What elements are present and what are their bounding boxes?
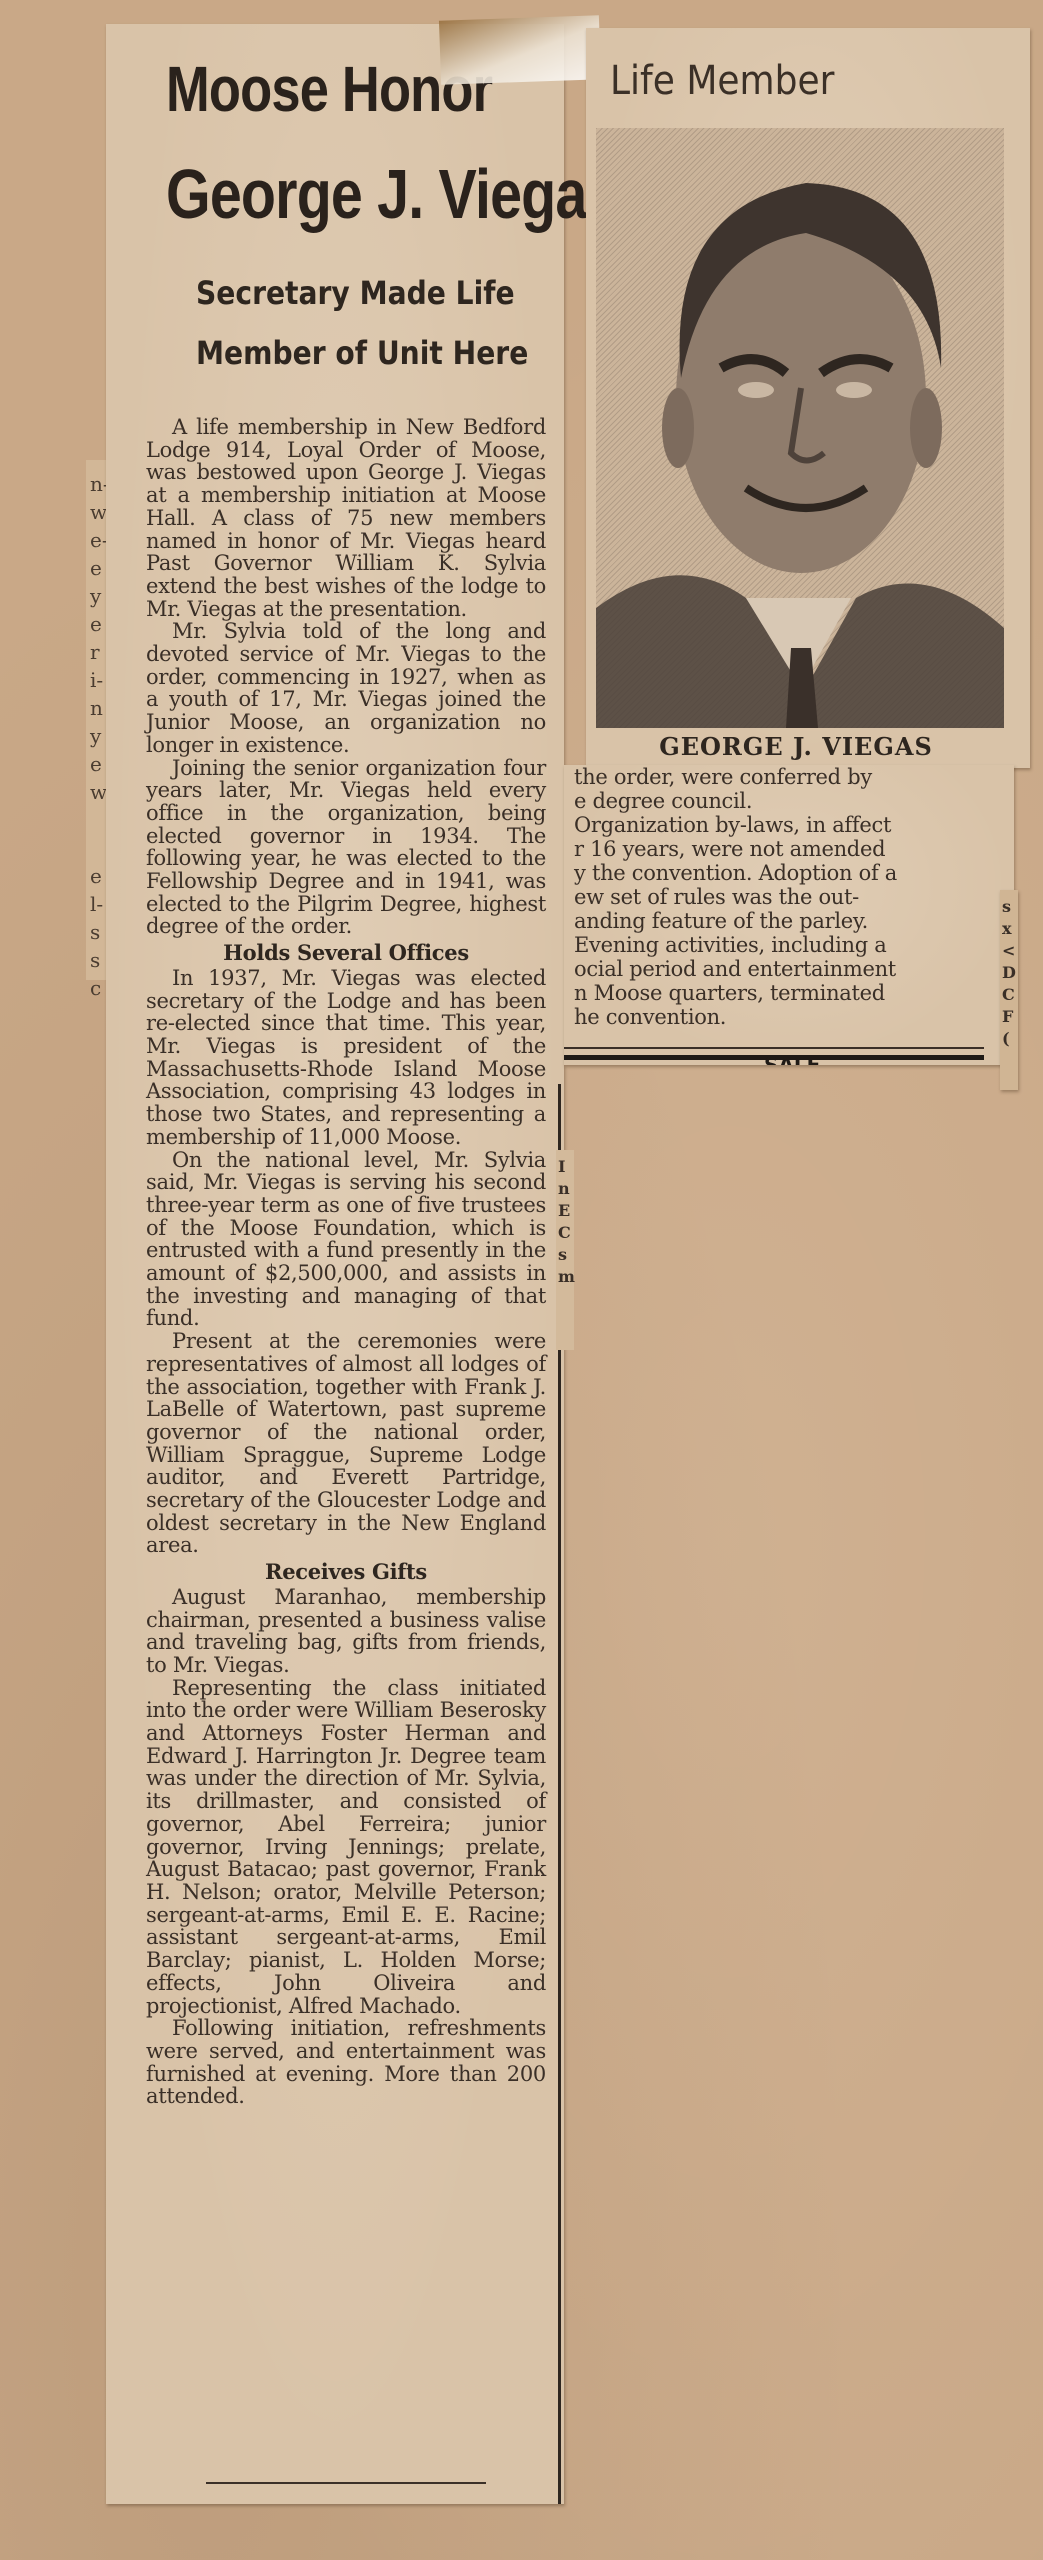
rule-thin [564, 1047, 984, 1049]
photo-caption-name: GEORGE J. VIEGAS [586, 732, 1006, 761]
continuation-line: y the convention. Adoption of a [574, 861, 994, 885]
article-body: A life membership in New Bedford Lodge 9… [146, 416, 546, 2108]
continuation-line: ew set of rules was the out- [574, 885, 994, 909]
continuation-line: n Moose quarters, terminated [574, 981, 994, 1005]
subhead-line-1: Secretary Made Life [196, 274, 515, 312]
tape-strip [439, 15, 601, 85]
fragment-letter: F [1002, 1006, 1016, 1028]
section-heading-receives-gifts: Receives Gifts [146, 1561, 546, 1584]
paragraph: Joining the senior organization four yea… [146, 757, 546, 939]
fragment-letter: s [1002, 896, 1016, 918]
continuation-line: he convention. [574, 1005, 994, 1029]
continuation-line: r 16 years, were not amended [574, 837, 994, 861]
fragment-letter: m [558, 1266, 575, 1288]
continuation-line: ocial period and entertainment [574, 957, 994, 981]
right-fragment-strip: s x < D C F ( [1000, 890, 1018, 1090]
paragraph: In 1937, Mr. Viegas was elected secretar… [146, 967, 546, 1149]
fragment-letter: C [558, 1222, 575, 1244]
fragment-letter: x [1002, 918, 1016, 940]
photo-clipping: Life Member GEORGE J. VIEGAS [586, 28, 1030, 768]
fragment-letter: E [558, 1200, 575, 1222]
continuation-line: Evening activities, including a [574, 933, 994, 957]
mid-fragment-strip: I n E C s m [556, 1150, 574, 1350]
fragment-letter: I [558, 1156, 575, 1178]
headline-line-2: George J. Viegas [166, 154, 618, 234]
continuation-text: the order, were conferred by e degree co… [574, 765, 994, 1029]
paragraph: August Maranhao, membership chairman, pr… [146, 1586, 546, 1677]
subhead-line-2: Member of Unit Here [196, 334, 528, 372]
paragraph: A life membership in New Bedford Lodge 9… [146, 416, 546, 620]
fragment-heading: SALE [764, 1053, 820, 1065]
portrait-illustration-icon [596, 128, 1004, 728]
paragraph: On the national level, Mr. Sylvia said, … [146, 1149, 546, 1331]
fragment-letter: D [1002, 962, 1016, 984]
fragment-letter: s [558, 1244, 575, 1266]
fragment-letter: n [558, 1178, 575, 1200]
paragraph: Representing the class initiated into th… [146, 1677, 546, 2018]
photo-caption-top: Life Member [610, 58, 834, 104]
continuation-line: Organization by-laws, in affect [574, 813, 994, 837]
continuation-line: anding feature of the parley. [574, 909, 994, 933]
mid-fragment-letters: I n E C s m [558, 1156, 575, 1288]
continuation-line: the order, were conferred by [574, 765, 994, 789]
paragraph: Present at the ceremonies were represent… [146, 1330, 546, 1557]
right-fragment-letters: s x < D C F ( [1002, 896, 1016, 1050]
section-heading-holds-offices: Holds Several Offices [146, 942, 546, 965]
paragraph: Following initiation, refreshments were … [146, 2017, 546, 2108]
fragment-letter: ( [1002, 1028, 1016, 1050]
continuation-line: e degree council. [574, 789, 994, 813]
portrait-photo [596, 128, 1004, 728]
end-rule [206, 2482, 486, 2484]
paragraph: Mr. Sylvia told of the long and devoted … [146, 620, 546, 756]
fragment-letter: < [1002, 940, 1016, 962]
fragment-letter: C [1002, 984, 1016, 1006]
article-clipping: Moose Honor George J. Viegas Secretary M… [106, 24, 564, 2504]
continuation-clipping: the order, were conferred by e degree co… [564, 765, 1014, 1065]
